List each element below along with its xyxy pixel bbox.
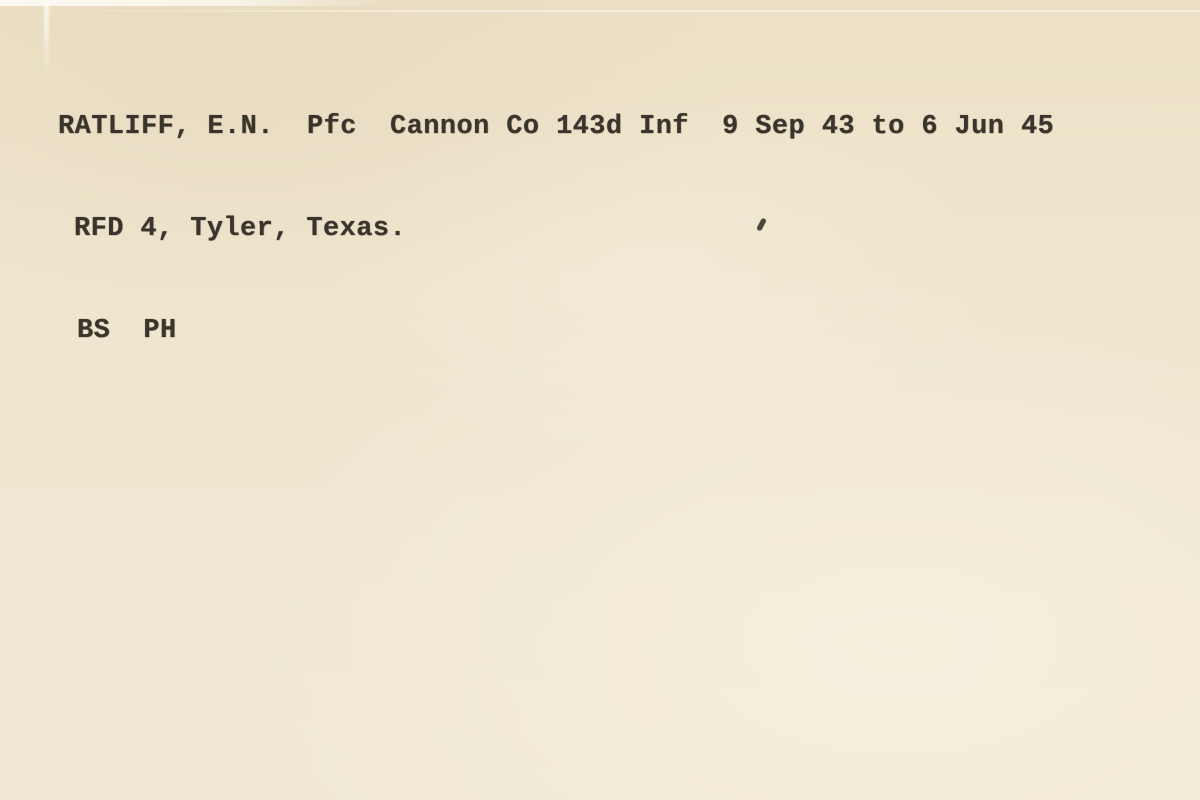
typed-text-block: RATLIFF, E.N. Pfc Cannon Co 143d Inf 9 S… xyxy=(58,42,1054,416)
service-index-card: RATLIFF, E.N. Pfc Cannon Co 143d Inf 9 S… xyxy=(0,0,1200,800)
scan-line-artifact xyxy=(0,10,1200,12)
line-name-rank-unit-dates: RATLIFF, E.N. Pfc Cannon Co 143d Inf 9 S… xyxy=(58,110,1054,144)
paper-crease xyxy=(44,0,49,82)
scan-edge-artifact xyxy=(0,0,390,6)
line-awards: BS PH xyxy=(58,314,1054,348)
line-address: RFD 4, Tyler, Texas. xyxy=(58,212,1054,246)
